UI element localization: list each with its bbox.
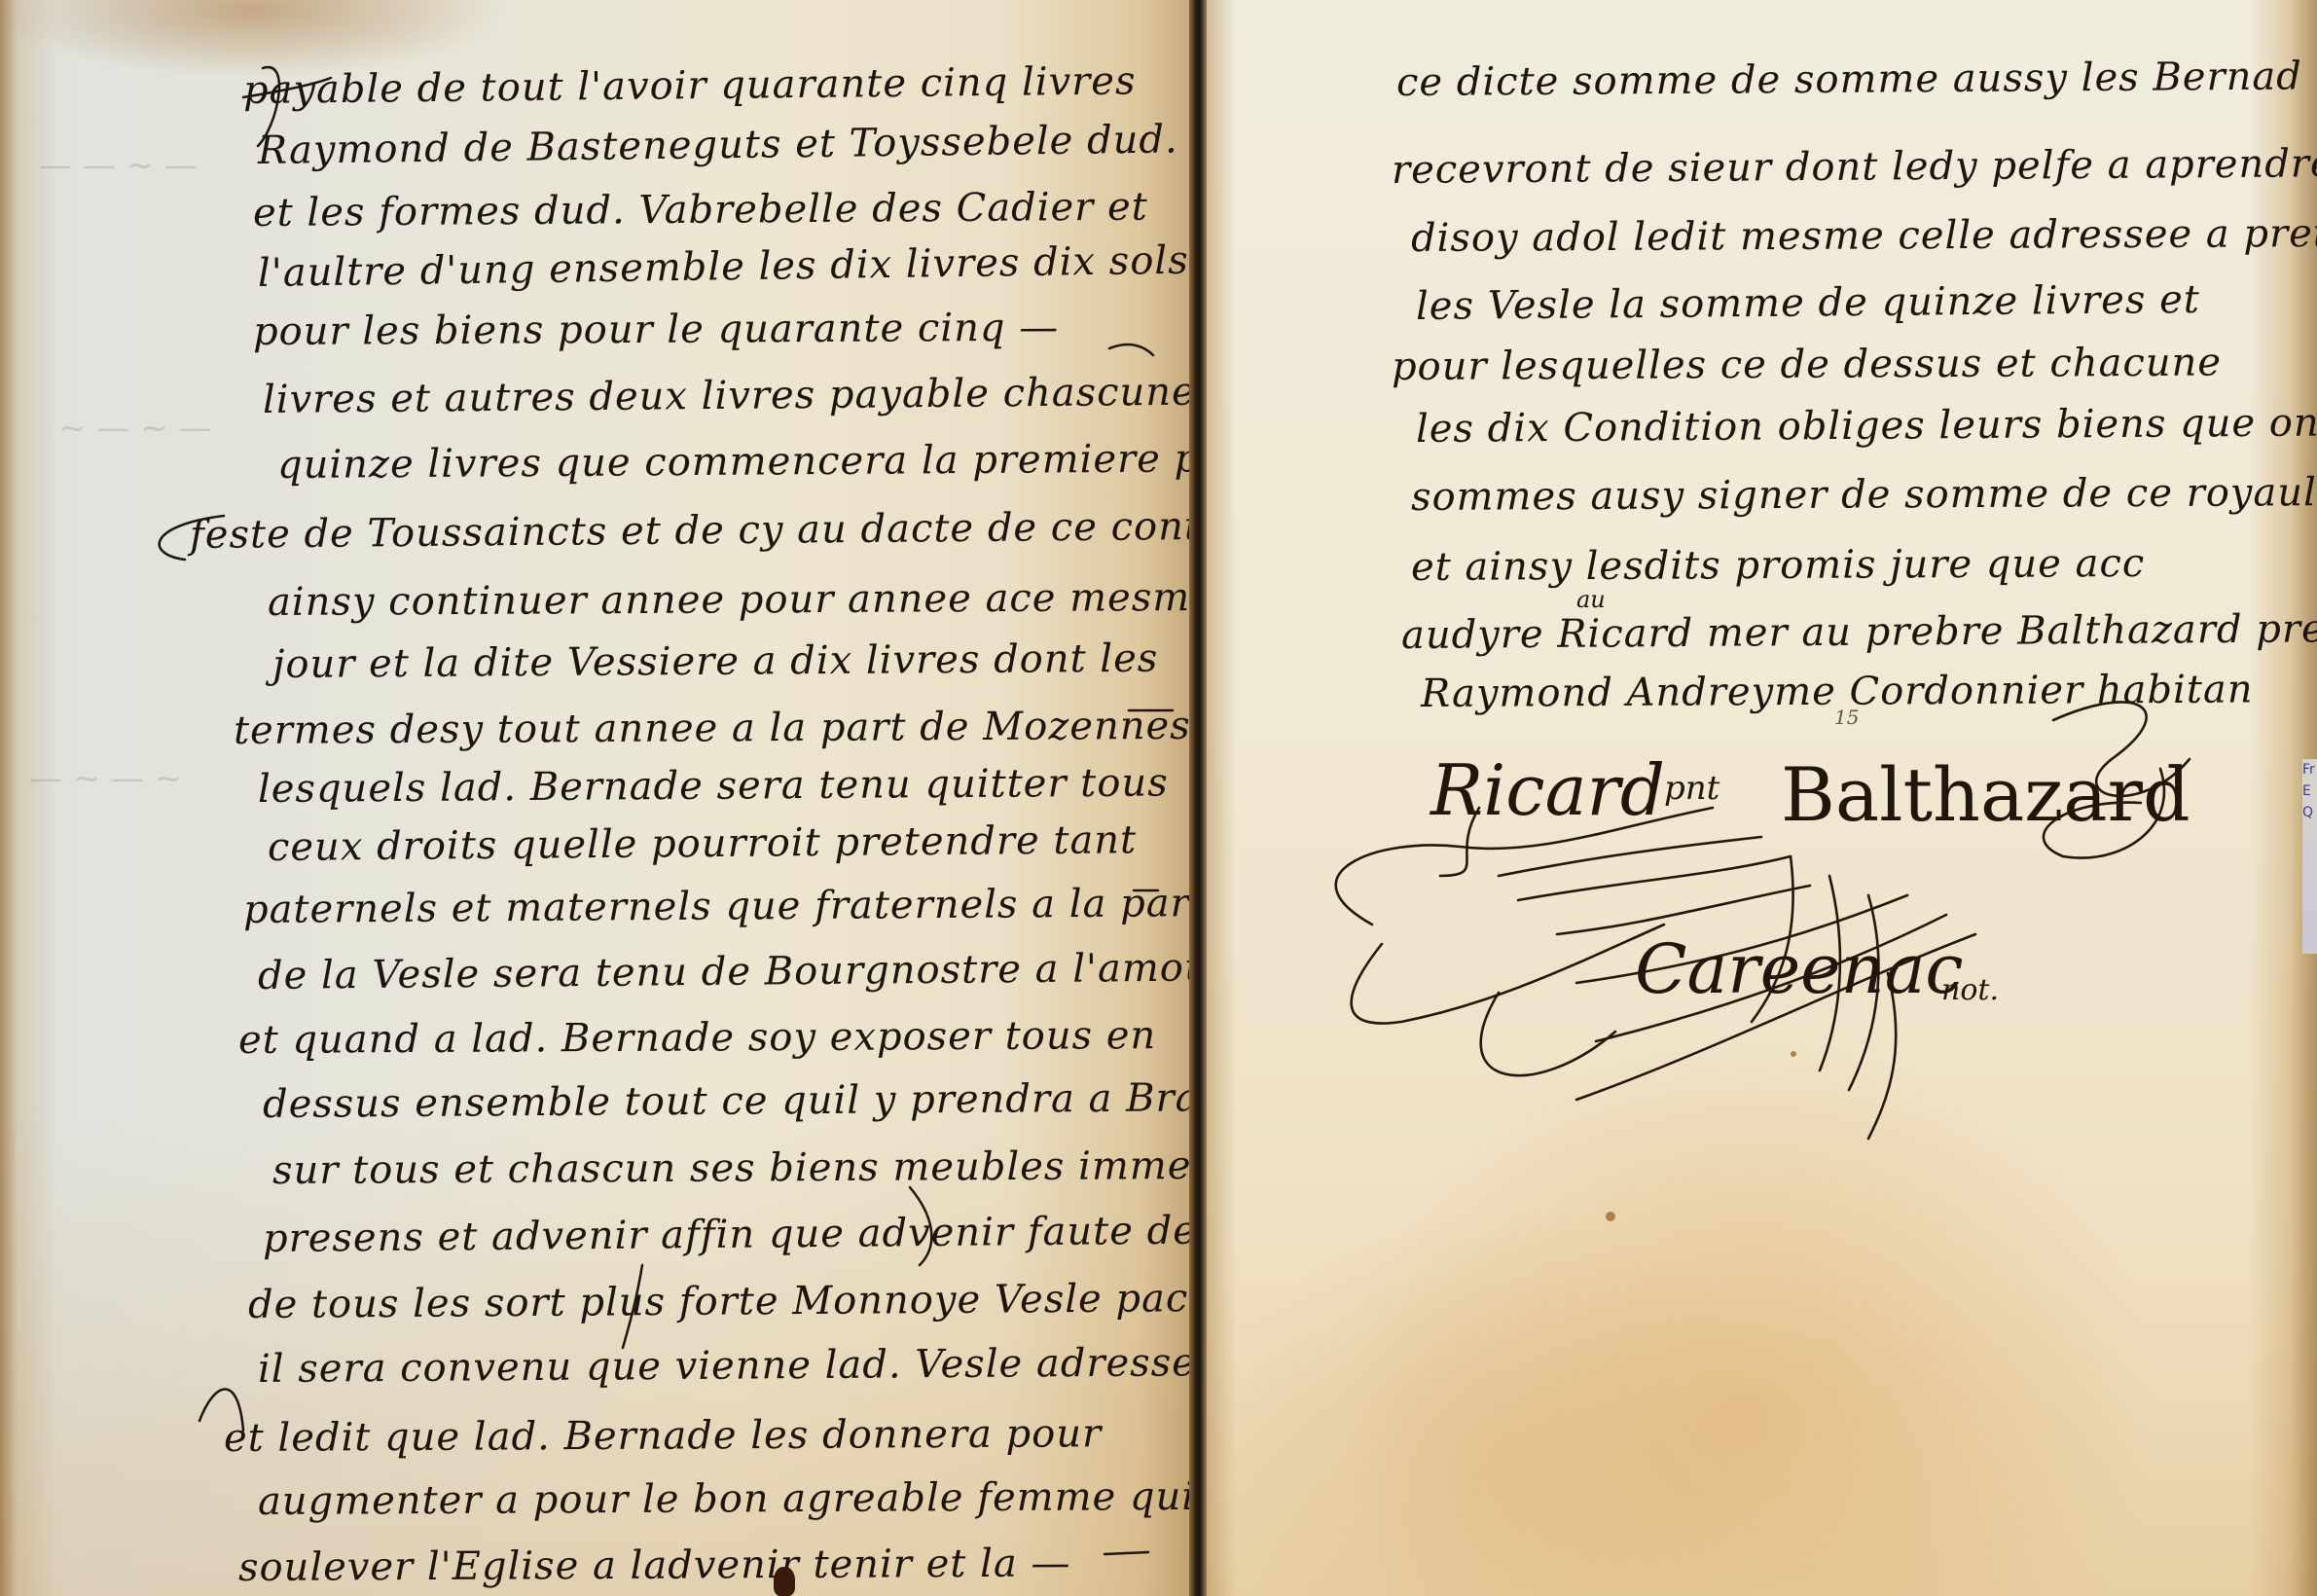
signature-balthazard: Balthazard (1781, 751, 2190, 838)
manuscript-line: il sera convenu que vienne lad. Vesle ad… (258, 1340, 1220, 1392)
manuscript-line: jour et la dite Vessiere a dix livres do… (272, 636, 1159, 687)
ink-blot (774, 1567, 795, 1596)
manuscript-line: et ainsy lesdits promis jure que acc (1411, 541, 2145, 590)
manuscript-line: ceux droits quelle pourroit pretendre ta… (268, 817, 1138, 870)
manuscript-line: et les formes dud. Vabrebelle des Cadier… (253, 185, 1148, 236)
signature-ricard-suffix: pnt (1664, 769, 1720, 808)
manuscript-line: et quand a lad. Bernade soy exposer tous… (238, 1013, 1156, 1063)
manuscript-line: ainsy continuer annee pour annee ace mes… (268, 575, 1214, 625)
edge-label: Fr E Q (2302, 759, 2317, 954)
manuscript-line: ce dicte somme de somme aussy les Bernad (1396, 54, 2302, 105)
manuscript-line: et ledit que lad. Bernade les donnera po… (224, 1411, 1102, 1461)
manuscript-line: de la Vesle sera tenu de Bourgnostre a l… (258, 945, 1230, 998)
right-page: ce dicte somme de somme aussy les Bernad… (1207, 0, 2317, 1596)
manuscript-line: l'aultre d'ung ensemble les dix livres d… (258, 238, 1189, 296)
manuscript-line: de tous les sort plus forte Monnoye Vesl… (248, 1275, 1319, 1327)
edge-label-text: Fr (2302, 759, 2317, 780)
manuscript-line: pour lesquelles ce de dessus et chacune (1392, 341, 2222, 389)
manuscript-line: payable de tout l'avoir quarante cinq li… (243, 58, 1137, 113)
manuscript-line: recevront de sieur dont ledy pelfe a apr… (1392, 141, 2317, 193)
manuscript-line: dessus ensemble tout ce quil y prendra a… (263, 1075, 1249, 1127)
manuscript-line: disoy adol ledit mesme celle adressee a … (1411, 210, 2317, 261)
bleed-through-text: ~ — ~ — (58, 409, 211, 448)
signature-ricard: Ricard (1430, 749, 1665, 831)
manuscript-line: Raymond de Basteneguts et Toyssebele dud… (258, 116, 1307, 173)
notary-signature: Careenac (1635, 929, 1964, 1009)
manuscript-line: les Vesle la somme de quinze livres et (1416, 277, 2200, 329)
manuscript-line: audyre Ricard mer au prebre Balthazard p… (1401, 605, 2317, 658)
manuscript-line: lesquels lad. Bernade sera tenu quitter … (258, 760, 1169, 812)
manuscript-line: sommes ausy signer de somme de ce royaul… (1411, 470, 2317, 520)
manuscript-line: soulever l'Eglise a ladvenir tenir et la… (238, 1542, 1071, 1590)
left-page: — — ~ — ~ — ~ — — ~ — ~ payable de tout … (0, 0, 1199, 1596)
edge-label-text: Q (2302, 802, 2317, 823)
manuscript-line: feste de Toussaincts et de cy au dacte d… (190, 503, 1338, 558)
bleed-through-text: — ~ — ~ (29, 759, 182, 798)
notary-signature-suffix: not. (1941, 973, 1999, 1007)
manuscript-line: augmenter a pour le bon agreable femme q… (258, 1474, 1245, 1524)
book-gutter (1189, 0, 1207, 1596)
bleed-through-text: — — ~ — (39, 146, 198, 185)
manuscript-spread: — — ~ — ~ — ~ — — ~ — ~ payable de tout … (0, 0, 2317, 1596)
manuscript-line: termes desy tout annee a la part de Moze… (234, 704, 1245, 753)
manuscript-line: paternels et maternels que fraternels a … (243, 881, 1260, 932)
manuscript-line: pour les biens pour le quarante cinq — (253, 306, 1059, 354)
manuscript-line: quinze livres que commencera la premiere… (277, 436, 1272, 488)
interlinear-note: au (1576, 586, 1606, 613)
stain-mark (1791, 1051, 1796, 1057)
manuscript-line: les dix Condition obliges leurs biens qu… (1416, 401, 2317, 452)
manuscript-line: sur tous et chascun ses biens meubles im… (272, 1143, 1302, 1193)
manuscript-line: livres et autres deux livres payable cha… (263, 368, 1334, 422)
stain-mark (1606, 1212, 1615, 1221)
edge-label-text: E (2302, 780, 2317, 802)
margin-mark: 15 (1834, 706, 1859, 729)
